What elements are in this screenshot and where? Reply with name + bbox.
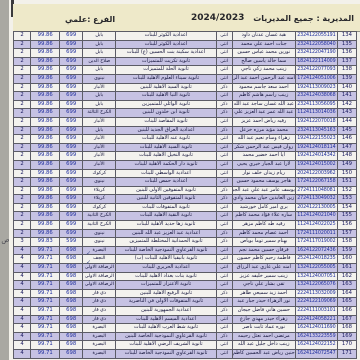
total-cell: 699 xyxy=(60,203,83,212)
total-cell: 698 xyxy=(60,307,83,316)
exam-number-cell: 1924124018114 xyxy=(295,143,337,152)
table-row: 142 2324113056095 عبد الله غسان ساجد عبد… xyxy=(14,100,357,109)
rank-cell: 2 xyxy=(14,212,31,221)
serial-cell: 163 xyxy=(337,281,356,290)
average-cell: 99.86 xyxy=(31,203,60,212)
student-name-cell: آمنه عبد الرحمن احمد عبد الرحمن xyxy=(232,74,295,83)
school-cell: اعدادية سكينة بنت الحسين (ع) للبنات xyxy=(116,49,216,58)
student-name-cell: حنين رياض عبد الحسين كاظم xyxy=(232,349,295,358)
table-row: 150 2024122003962 ريام زيدان خلف نوار ان… xyxy=(14,169,357,178)
table-row: 135 2324122058040 جنات احمد علي محمد انث… xyxy=(14,40,357,49)
governorate-cell: نينوى xyxy=(83,74,116,83)
average-cell: 99.71 xyxy=(31,264,60,273)
school-cell: ثانوية الاعتزاز للمتميزات xyxy=(116,281,216,290)
student-name-cell: ريام زيدان خلف نوار xyxy=(232,169,295,178)
student-name-cell: احمد عصام محمد كاظم xyxy=(232,229,295,238)
gender-cell: ذكر xyxy=(216,229,232,238)
serial-cell: 155 xyxy=(337,212,356,221)
serial-cell: 151 xyxy=(337,178,356,187)
average-cell: 99.86 xyxy=(31,57,60,66)
school-cell: ثانوية بنات بغداد الاهلية للبنات xyxy=(116,272,216,281)
page-left-margin xyxy=(0,0,9,360)
total-cell: 699 xyxy=(60,178,83,187)
governorate-cell: كركوك xyxy=(83,203,116,212)
serial-cell: 149 xyxy=(337,160,356,169)
gender-cell: انثى xyxy=(216,169,232,178)
gender-cell: انثى xyxy=(216,281,232,290)
total-cell: 699 xyxy=(60,40,83,49)
exam-number-cell: 2324113045163 xyxy=(295,126,337,135)
serial-cell: 136 xyxy=(337,49,356,58)
table-row: 167 2224124058221 زهراء حيدر مهدي جازع ا… xyxy=(14,315,357,324)
total-cell: 699 xyxy=(60,160,83,169)
gender-cell: ذكر xyxy=(216,238,232,247)
rank-cell: 2 xyxy=(14,169,31,178)
table-row: 154 2024122130005 بري امير كامل خورشيد ا… xyxy=(14,203,357,212)
table-row: 138 2324122077093 زينب محمد زكي ناجي انث… xyxy=(14,66,357,75)
table-row: 170 1624124022152 زينب داخل جليل عبد الل… xyxy=(14,341,357,350)
exam-number-cell: 1824122114009 xyxy=(295,57,337,66)
governorate-cell: بابل xyxy=(83,32,116,41)
serial-cell: 138 xyxy=(337,66,356,75)
total-cell: 699 xyxy=(60,195,83,204)
rank-cell: 2 xyxy=(14,186,31,195)
serial-cell: 170 xyxy=(337,341,356,350)
school-cell: ثانوية الحمدانية المختلطة للمتميزين xyxy=(116,238,216,247)
exam-number-cell: 2224122109069 xyxy=(295,298,337,307)
exam-number-cell: 1624124072547 xyxy=(295,349,337,358)
handwritten-tick-mark: ✓ xyxy=(86,259,91,266)
student-name-cell: سما خالد ياسين صالح xyxy=(232,57,295,66)
governorate-cell: الأنبار xyxy=(83,160,116,169)
gender-cell: ذكر xyxy=(216,126,232,135)
handwritten-margin-note: ص xyxy=(0,235,9,244)
student-name-cell: محمد مؤيد مرزه خزعل xyxy=(232,126,295,135)
school-cell: ثانوية القرعاوي النموذجية الخاصة للبنات xyxy=(116,349,216,358)
student-name-cell: نورين محمد عباس حسين xyxy=(232,49,295,58)
student-name-cell: زينب محمد زكي ناجي xyxy=(232,66,295,75)
student-name-cell: فرقان حسين محمد نجم xyxy=(232,246,295,255)
serial-cell: 154 xyxy=(337,203,356,212)
exam-number-cell: 2224124058221 xyxy=(295,315,337,324)
average-cell: 99.86 xyxy=(31,92,60,101)
exam-number-cell: 1924124015002 xyxy=(295,160,337,169)
average-cell: 99.86 xyxy=(31,229,60,238)
exam-number-cell: 1124124022025 xyxy=(295,221,337,230)
rank-cell: 3 xyxy=(14,238,31,247)
rank-cell: 2 xyxy=(14,178,31,187)
average-cell: 99.86 xyxy=(31,49,60,58)
student-name-cell: زين العابدين حيان محمد وادي xyxy=(232,195,295,204)
rank-cell: 4 xyxy=(14,349,31,358)
table-row: 149 1924124015002 لارا عبد الجبار خيري ي… xyxy=(14,160,357,169)
total-cell: 698 xyxy=(60,298,83,307)
table-row: 159 1624122072436 فرقان حسين محمد نجم ان… xyxy=(14,246,357,255)
total-cell: 698 xyxy=(60,289,83,298)
table-row: 165 2224122109069 نور الزهراء حيدر جبار … xyxy=(14,298,357,307)
exam-number-cell: 2324124038068 xyxy=(295,92,337,101)
rank-cell: 2 xyxy=(14,195,31,204)
table-row: 155 1124124021040 ساره علاء فؤاد محمد كا… xyxy=(14,212,357,221)
table-row: 157 1724111020011 احمد عصام محمد كاظم ذك… xyxy=(14,229,357,238)
exam-number-cell: 2324122047190 xyxy=(295,49,337,58)
gender-cell: انثى xyxy=(216,92,232,101)
student-name-cell: آمنه علي غازي عبد الرزاق xyxy=(232,264,295,273)
table-row: 140 1924113009023 احمد سعد جاسم محمود ذك… xyxy=(14,83,357,92)
rank-cell: 2 xyxy=(14,40,31,49)
rank-cell: 4 xyxy=(14,281,31,290)
rank-cell: 2 xyxy=(14,143,31,152)
exam-number-cell: 1324122065076 xyxy=(295,281,337,290)
rank-cell: 2 xyxy=(14,74,31,83)
exam-number-cell: 1124113014036 xyxy=(295,109,337,118)
school-cell: ثانوية بانيقيا الاهلية للبنات (ب) xyxy=(116,255,216,264)
gender-cell: انثى xyxy=(216,315,232,324)
gender-cell: انثى xyxy=(216,349,232,358)
school-cell: ثانوية المتفوقين الثانية للبنين xyxy=(116,195,216,204)
governorate-cell: الأنبار xyxy=(83,83,116,92)
serial-cell: 147 xyxy=(337,143,356,152)
gender-cell: انثى xyxy=(216,221,232,230)
serial-cell: 148 xyxy=(337,152,356,161)
rank-cell: 2 xyxy=(14,126,31,135)
student-name-cell: فاطمة رحيم كاظم حسون xyxy=(232,255,295,264)
exam-number-cell: 1724117019002 xyxy=(295,238,337,247)
student-name-cell: لارا عبد الجبار خيري يحيى xyxy=(232,160,295,169)
student-name-cell: تقى بشار علي ناجي xyxy=(232,281,295,290)
governorate-cell: كربلاء xyxy=(83,195,116,204)
branch-label: الفرع :علمي xyxy=(65,15,115,24)
total-cell: 699 xyxy=(60,83,83,92)
serial-cell: 159 xyxy=(337,246,356,255)
governorate-cell: الكرخ الثالثة xyxy=(83,109,116,118)
exam-number-cell: 1324122055005 xyxy=(295,264,337,273)
student-name-cell: نور الزهراء حيدر جبار عبد xyxy=(232,298,295,307)
average-cell: 99.71 xyxy=(31,281,60,290)
average-cell: 99.71 xyxy=(31,289,60,298)
serial-cell: 135 xyxy=(337,40,356,49)
student-name-cell: هاجر يوسف محمود حسين xyxy=(232,178,295,187)
average-cell: 99.86 xyxy=(31,66,60,75)
table-row: 148 1924124014342 آيا احمد خضير محمد انث… xyxy=(14,152,357,161)
table-row: 166 2224111003101 حسين هاني فاضل جيجان ذ… xyxy=(14,307,357,316)
table-row: 153 2724113049032 زين العابدين حيان محمد… xyxy=(14,195,357,204)
table-row: 169 1624133223559 مرتضى احمد نعثل رحيمه … xyxy=(14,332,357,341)
total-cell: 699 xyxy=(60,186,83,195)
total-cell: 699 xyxy=(60,100,83,109)
school-cell: ثانوية القرعاوي النموذجية الخاصة للبنين xyxy=(116,332,216,341)
table-row: 168 1624124011690 نوره عماد ثابت ناصر ان… xyxy=(14,324,357,333)
student-name-cell: عبد الله عمر عبد العزيز علي xyxy=(232,109,295,118)
results-table: 134 2324122055191 هبة غسان عدنان داود ان… xyxy=(13,31,357,359)
exam-number-cell: 1724111020011 xyxy=(295,229,337,238)
governorate-cell: نينوى xyxy=(83,229,116,238)
student-name-cell: نوره عماد ثابت ناصر xyxy=(232,324,295,333)
exam-number-cell: 2224111003101 xyxy=(295,307,337,316)
student-name-cell: زينب داخل جليل عبد الله xyxy=(232,341,295,350)
student-name-cell: زهراء وسام نعيم عبد الله xyxy=(232,135,295,144)
student-name-cell: روان قيس عبد الرحمن شكر xyxy=(232,143,295,152)
table-row: 164 2224113032009 احمد زيد سميعي طاهر ذك… xyxy=(14,289,357,298)
gender-cell: ذكر xyxy=(216,332,232,341)
table-row: 139 1724124051006 آمنه عبد الرحمن احمد ع… xyxy=(14,74,357,83)
school-cell: ثانوية الرفيع الاهلية للبنين xyxy=(116,289,216,298)
student-name-cell: زينب راسم هاشم كاظم xyxy=(232,92,295,101)
exam-number-cell: 1724124051006 xyxy=(295,74,337,83)
gender-cell: ذكر xyxy=(216,100,232,109)
student-name-cell: زهراء حيدر مهدي جازع xyxy=(232,315,295,324)
school-cell: ثانوية النخيل الاهلية للبنات xyxy=(116,152,216,161)
gender-cell: انثى xyxy=(216,66,232,75)
gender-cell: انثى xyxy=(216,143,232,152)
average-cell: 99.86 xyxy=(31,212,60,221)
table-row: 137 1824122114009 سما خالد ياسين صالح ان… xyxy=(14,57,357,66)
total-cell: 699 xyxy=(60,92,83,101)
serial-cell: 168 xyxy=(337,324,356,333)
governorate-cell: كركوك xyxy=(83,169,116,178)
student-name-cell: هبة غسان عدنان داود xyxy=(232,32,295,41)
student-name-cell: احمد زيد سميعي طاهر xyxy=(232,289,295,298)
average-cell: 99.71 xyxy=(31,272,60,281)
governorate-cell: ذي قار xyxy=(83,315,116,324)
rank-cell: 4 xyxy=(14,246,31,255)
exam-number-cell: 1624133223559 xyxy=(295,332,337,341)
total-cell: 699 xyxy=(60,143,83,152)
student-name-cell: رقيه رياض احمد عزيز xyxy=(232,117,295,126)
table-row: 163 1324122065076 تقى بشار علي ناجي انثى… xyxy=(14,281,357,290)
governorate-cell: ذي قار xyxy=(83,298,116,307)
total-cell: 699 xyxy=(60,152,83,161)
exam-number-cell: 1924122070018 xyxy=(295,117,337,126)
gender-cell: انثى xyxy=(216,178,232,187)
rank-cell: 4 xyxy=(14,272,31,281)
school-cell: اعدادية عبد العزيز عبد الله للبنين xyxy=(116,229,216,238)
rank-cell: 4 xyxy=(14,264,31,273)
rank-cell: 4 xyxy=(14,298,31,307)
handwritten-tick-mark: ✓ xyxy=(86,250,91,257)
table-row: 156 1124124022025 رقيه طه كاظم مزهر انثى… xyxy=(14,221,357,230)
total-cell: 599 xyxy=(60,238,83,247)
serial-cell: 150 xyxy=(337,169,356,178)
gender-cell: انثى xyxy=(216,203,232,212)
governorate-cell: البصرة xyxy=(83,349,116,358)
total-cell: 698 xyxy=(60,315,83,324)
governorate-cell: البصرة xyxy=(83,332,116,341)
exam-number-cell: 1124124021040 xyxy=(295,212,337,221)
rank-cell: 2 xyxy=(14,152,31,161)
rank-cell: 4 xyxy=(14,324,31,333)
governorate-cell: ذي قار xyxy=(83,307,116,316)
school-cell: ثانوية الحلة للمتميزات xyxy=(116,66,216,75)
governorate-cell: الأنبار xyxy=(83,143,116,152)
school-cell: ثانوية القرعاوي النموذجية الخاصة للبنات xyxy=(116,246,216,255)
total-cell: 699 xyxy=(60,229,83,238)
governorate-cell: البصرة xyxy=(83,341,116,350)
exam-number-cell: 2524124018235 xyxy=(295,255,337,264)
serial-cell: 142 xyxy=(337,100,356,109)
gender-cell: انثى xyxy=(216,298,232,307)
total-cell: 698 xyxy=(60,246,83,255)
gender-cell: انثى xyxy=(216,246,232,255)
school-cell: ثانوية المتفوقات الاولى في الناصرية xyxy=(116,298,216,307)
gender-cell: انثى xyxy=(216,117,232,126)
exam-number-cell: 2224113032009 xyxy=(295,289,337,298)
rank-cell: 2 xyxy=(14,92,31,101)
gender-cell: انثى xyxy=(216,57,232,66)
average-cell: 99.71 xyxy=(31,315,60,324)
governorate-cell: الرصافة الاولى xyxy=(83,272,116,281)
average-cell: 99.86 xyxy=(31,32,60,41)
student-name-cell: يوسف عامر عبد علي عبد الجبار xyxy=(232,186,295,195)
governorate-cell: بابل xyxy=(83,40,116,49)
serial-cell: 165 xyxy=(337,298,356,307)
governorate-cell: كربلاء xyxy=(83,186,116,195)
serial-cell: 166 xyxy=(337,307,356,316)
gender-cell: ذكر xyxy=(216,186,232,195)
serial-cell: 164 xyxy=(337,289,356,298)
serial-cell: 146 xyxy=(337,135,356,144)
exam-number-cell: 2024122003962 xyxy=(295,169,337,178)
governorate-cell: البصرة xyxy=(83,324,116,333)
serial-cell: 152 xyxy=(337,186,356,195)
exam-number-cell: 2024122130005 xyxy=(295,203,337,212)
school-cell: ثانوية الشريف الرضي الاهلية للبنات xyxy=(116,341,216,350)
table-row: 152 2724111048081 يوسف عامر عبد علي عبد … xyxy=(14,186,357,195)
school-cell: ثانوية ابن خلدون للبنين xyxy=(116,109,216,118)
serial-cell: 167 xyxy=(337,315,356,324)
total-cell: 699 xyxy=(60,57,83,66)
governorate-cell: الأنبار xyxy=(83,117,116,126)
average-cell: 99.86 xyxy=(31,109,60,118)
school-cell: اعدادية الحريري للبنات xyxy=(116,264,216,273)
exam-number-cell: 2324122077093 xyxy=(295,66,337,75)
gender-cell: ذكر xyxy=(216,109,232,118)
school-cell: ثانوية السيد الاهلية للبنين xyxy=(116,83,216,92)
governorate-cell: الأنبار xyxy=(83,135,116,144)
serial-cell: 143 xyxy=(337,109,356,118)
rank-cell: 2 xyxy=(14,32,31,41)
gender-cell: انثى xyxy=(216,341,232,350)
school-cell: ثانوية المقاصد للبنات xyxy=(116,117,216,126)
rank-cell: 2 xyxy=(14,66,31,75)
table-row: 162 1324124007051 زينب سمير خليفه عزيز ا… xyxy=(14,272,357,281)
school-cell: اعدادية الميسم الاهلية للبنات xyxy=(116,315,216,324)
total-cell: 698 xyxy=(60,349,83,358)
gender-cell: انثى xyxy=(216,49,232,58)
total-cell: 699 xyxy=(60,74,83,83)
school-cell: اعدادية الجمهورية للبنين xyxy=(116,307,216,316)
results-table-body: 134 2324122055191 هبة غسان عدنان داود ان… xyxy=(14,32,357,359)
exam-number-cell: 2724113049032 xyxy=(295,195,337,204)
student-name-cell: حسين هاني فاضل جيجان xyxy=(232,307,295,316)
rank-cell: 4 xyxy=(14,341,31,350)
exam-number-cell: 1924122155023 xyxy=(295,135,337,144)
student-name-cell: مرتضى احمد نعثل رحيمه xyxy=(232,332,295,341)
total-cell: 698 xyxy=(60,272,83,281)
total-cell: 699 xyxy=(60,66,83,75)
serial-cell: 137 xyxy=(337,57,356,66)
exam-number-cell: 1624122072436 xyxy=(295,246,337,255)
total-cell: 699 xyxy=(60,49,83,58)
table-row: 144 1924122070018 رقيه رياض احمد عزيز ان… xyxy=(14,117,357,126)
average-cell: 99.86 xyxy=(31,83,60,92)
serial-cell: 169 xyxy=(337,332,356,341)
serial-cell: 144 xyxy=(337,117,356,126)
governorate-cell: الكرخ الثانية xyxy=(83,212,116,221)
rank-cell: 4 xyxy=(14,255,31,264)
exam-number-cell: 1924124014342 xyxy=(295,152,337,161)
governorate-cell: الرصافة الاولى xyxy=(83,281,116,290)
gender-cell: انثى xyxy=(216,40,232,49)
table-row: 146 1924122155023 زهراء وسام نعيم عبد ال… xyxy=(14,135,357,144)
table-row: 134 2324122055191 هبة غسان عدنان داود ان… xyxy=(14,32,357,41)
table-row: 151 1724122067158 هاجر يوسف محمود حسين ا… xyxy=(14,178,357,187)
table-row: 160 2524124018235 فاطمة رحيم كاظم حسون ا… xyxy=(14,255,357,264)
table-row: 158 1724117019002 بهنام سمير توما بوياص … xyxy=(14,238,357,247)
gender-cell: انثى xyxy=(216,160,232,169)
governorate-cell: صلاح الدين xyxy=(83,57,116,66)
average-cell: 99.71 xyxy=(31,255,60,264)
rank-cell: 2 xyxy=(14,117,31,126)
serial-cell: 141 xyxy=(337,92,356,101)
directorate-label: المديرية : جميع المديريات xyxy=(253,14,354,23)
table-row: 145 2324113045163 محمد مؤيد مرزه خزعل ذك… xyxy=(14,126,357,135)
governorate-cell: الكرخ الثانية xyxy=(83,221,116,230)
gender-cell: انثى xyxy=(216,135,232,144)
gender-cell: ذكر xyxy=(216,195,232,204)
average-cell: 99.71 xyxy=(31,341,60,350)
average-cell: 99.86 xyxy=(31,135,60,144)
school-cell: ثانوية المتفوقات للبنات xyxy=(116,203,216,212)
governorate-cell: بابل xyxy=(83,92,116,101)
rank-cell: 4 xyxy=(14,289,31,298)
serial-cell: 140 xyxy=(337,83,356,92)
serial-cell: 134 xyxy=(337,32,356,41)
rank-cell: 4 xyxy=(14,332,31,341)
student-name-cell: زينب سمير خليفه عزيز xyxy=(232,272,295,281)
serial-cell: 158 xyxy=(337,238,356,247)
exam-number-cell: 1324124007051 xyxy=(295,272,337,281)
average-cell: 99.86 xyxy=(31,178,60,187)
student-name-cell: رقيه طه كاظم مزهر xyxy=(232,221,295,230)
average-cell: 99.86 xyxy=(31,152,60,161)
average-cell: 99.71 xyxy=(31,298,60,307)
rank-cell: 2 xyxy=(14,83,31,92)
student-name-cell: ساره علاء فؤاد محمد كاظم xyxy=(232,212,295,221)
school-cell: اعدادية حمص للبنات xyxy=(116,178,216,187)
serial-cell: 156 xyxy=(337,221,356,230)
school-cell: اعدادية الكوثر للبنات xyxy=(116,40,216,49)
rank-cell: 2 xyxy=(14,135,31,144)
total-cell: 699 xyxy=(60,117,83,126)
exam-number-cell: 1624124022152 xyxy=(295,341,337,350)
gender-cell: انثى xyxy=(216,74,232,83)
total-cell: 699 xyxy=(60,221,83,230)
total-cell: 698 xyxy=(60,264,83,273)
total-cell: 699 xyxy=(60,109,83,118)
school-cell: ثانوية النقية الاهلية للبنات xyxy=(116,212,216,221)
exam-number-cell: 1624124011690 xyxy=(295,324,337,333)
total-cell: 698 xyxy=(60,324,83,333)
serial-cell: 139 xyxy=(337,74,356,83)
rank-cell: 2 xyxy=(14,100,31,109)
student-name-cell: احمد سعد جاسم محمود xyxy=(232,83,295,92)
average-cell: 99.71 xyxy=(31,332,60,341)
rank-cell: 4 xyxy=(14,307,31,316)
average-cell: 99.71 xyxy=(31,307,60,316)
table-row: 161 1324122055005 آمنه علي غازي عبد الرز… xyxy=(14,264,357,273)
student-name-cell: جنات احمد علي محمد xyxy=(232,40,295,49)
